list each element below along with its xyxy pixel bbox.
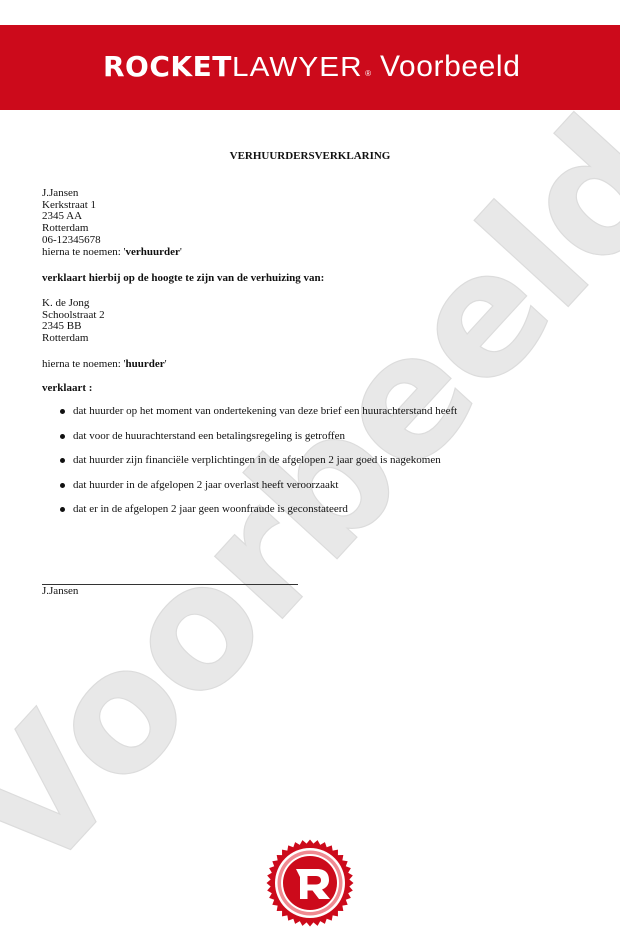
reference-suffix: '	[180, 246, 182, 258]
document-title: VERHUURDERSVERKLARING	[0, 151, 620, 163]
landlord-name: J.Jansen	[42, 188, 182, 200]
statement-text: dat voor de huurachterstand een betaling…	[73, 430, 345, 442]
signature-line	[42, 584, 298, 585]
statements-list: dat huurder op het moment van onderteken…	[58, 406, 457, 529]
list-item: dat huurder op het moment van onderteken…	[58, 406, 457, 431]
reference-prefix: hierna te noemen: '	[42, 246, 126, 258]
bullet-icon	[60, 434, 65, 439]
reference-prefix: hierna te noemen: '	[42, 358, 126, 370]
reference-term: huurder	[126, 358, 165, 370]
tenant-city: Rotterdam	[42, 333, 105, 345]
statement-text: dat er in de afgelopen 2 jaar geen woonf…	[73, 503, 348, 515]
statement-text: dat huurder op het moment van onderteken…	[73, 405, 457, 417]
list-item: dat er in de afgelopen 2 jaar geen woonf…	[58, 504, 457, 529]
signature-name: J.Jansen	[42, 586, 78, 598]
document-page: VERHUURDERSVERKLARING J.Jansen Kerkstraa…	[0, 0, 620, 950]
tenant-reference: hierna te noemen: 'huurder'	[42, 359, 167, 371]
landlord-address-block: J.Jansen Kerkstraat 1 2345 AA Rotterdam …	[42, 188, 182, 258]
landlord-reference: hierna te noemen: 'verhuurder'	[42, 247, 182, 259]
list-item: dat voor de huurachterstand een betaling…	[58, 431, 457, 456]
tenant-address-block: K. de Jong Schoolstraat 2 2345 BB Rotter…	[42, 298, 105, 345]
bullet-icon	[60, 483, 65, 488]
statement-text: dat huurder in de afgelopen 2 jaar overl…	[73, 479, 338, 491]
bullet-icon	[60, 458, 65, 463]
declaration-heading: verklaart hierbij op de hoogte te zijn v…	[42, 273, 324, 285]
reference-suffix: '	[165, 358, 167, 370]
list-item: dat huurder zijn financiële verplichting…	[58, 455, 457, 480]
bullet-icon	[60, 507, 65, 512]
list-item: dat huurder in de afgelopen 2 jaar overl…	[58, 480, 457, 505]
bullet-icon	[60, 409, 65, 414]
reference-term: verhuurder	[126, 246, 180, 258]
statements-heading: verklaart :	[42, 383, 92, 395]
rocket-lawyer-seal-icon	[266, 839, 354, 927]
statement-text: dat huurder zijn financiële verplichting…	[73, 454, 441, 466]
tenant-name: K. de Jong	[42, 298, 105, 310]
